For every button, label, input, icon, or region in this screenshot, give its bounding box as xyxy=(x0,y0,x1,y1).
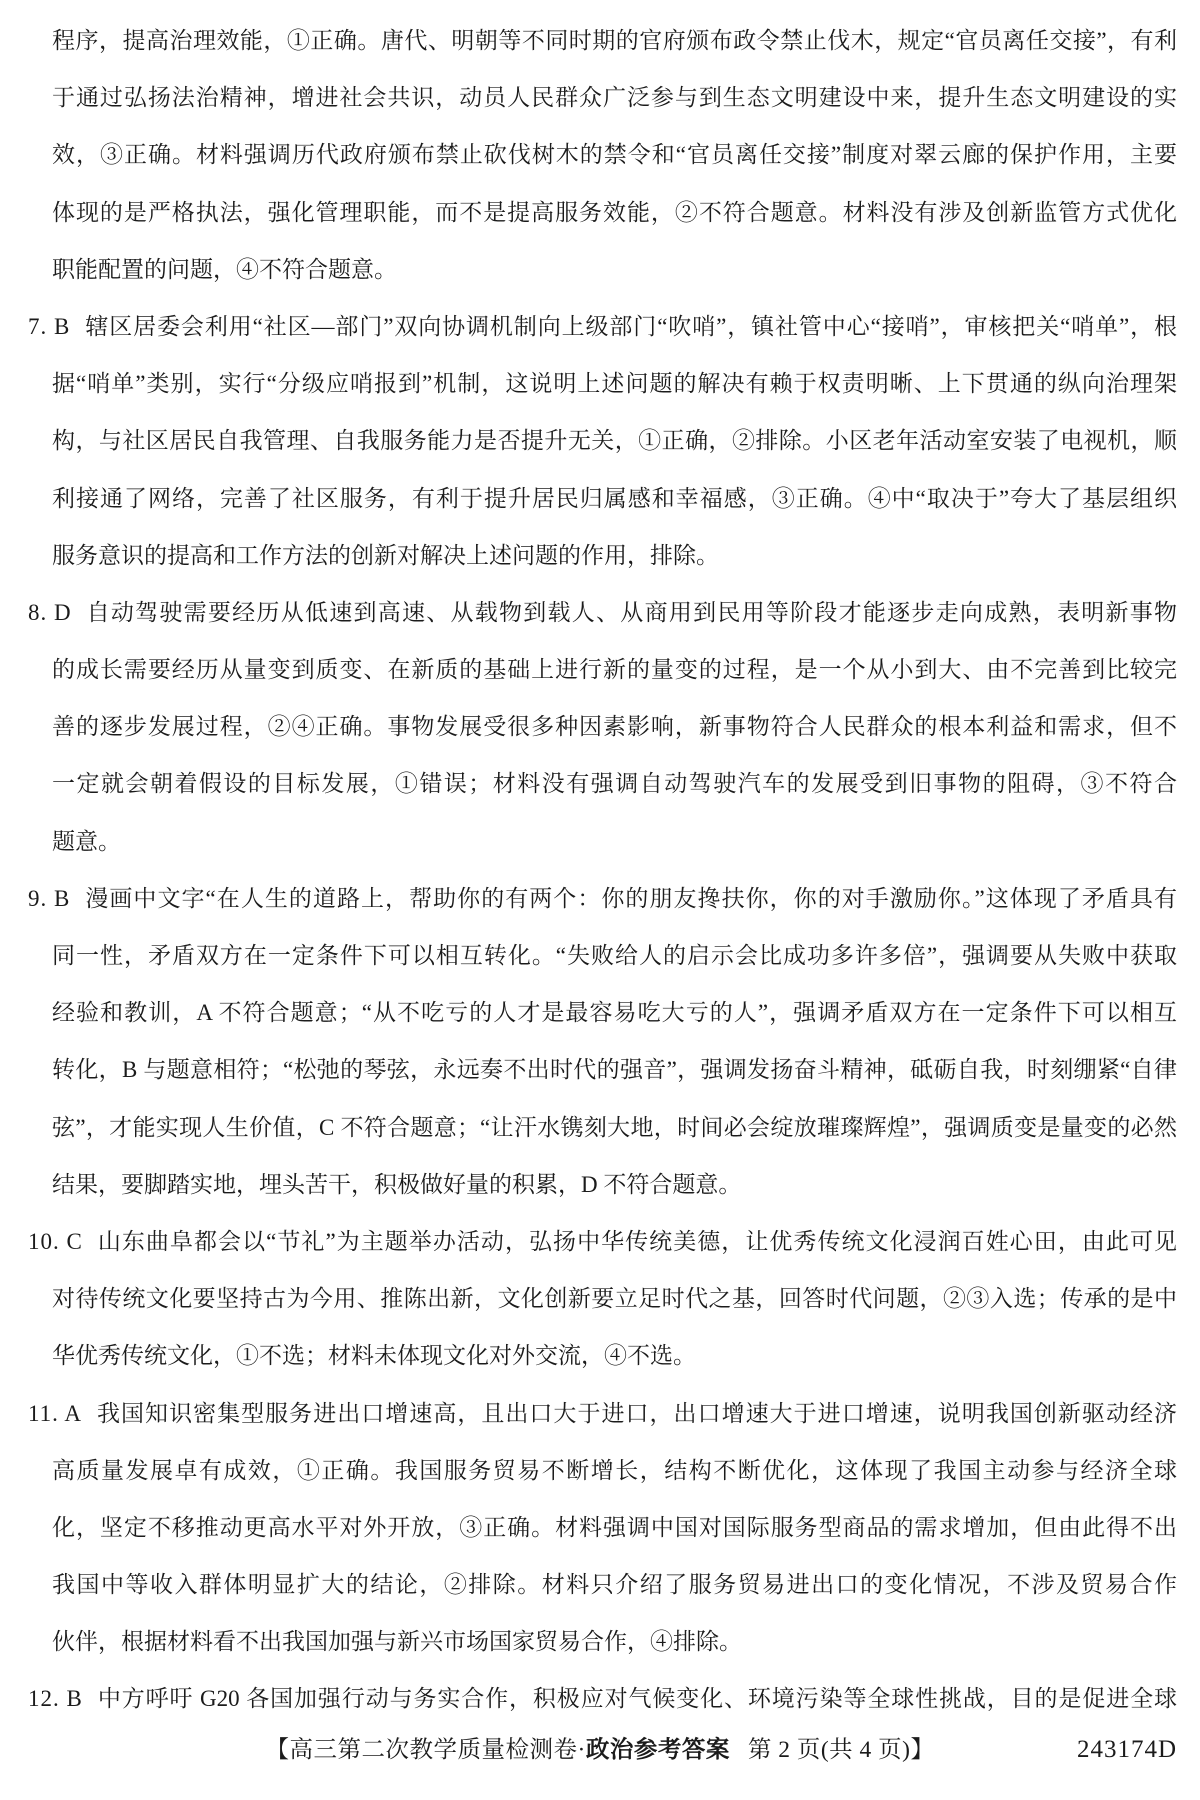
answer-line: 经验和教训，A 不符合题意；“从不吃亏的人才是最容易吃大亏的人”，强调矛盾双方在… xyxy=(52,984,1177,1041)
answer-line: 善的逐步发展过程，②④正确。事物发展受很多种因素影响，新事物符合人民群众的根本利… xyxy=(52,698,1177,755)
answer-text: 中方呼吁 G20 各国加强行动与务实合作，积极应对气候变化、环境污染等全球性挑战… xyxy=(98,1670,1177,1727)
answer-sheet-page: 程序，提高治理效能，①正确。唐代、明朝等不同时期的官府颁布政令禁止伐木，规定“官… xyxy=(0,0,1200,1800)
answer-line: 转化，B 与题意相符；“松弛的琴弦，永远奏不出时代的强音”，强调发扬奋斗精神，砥… xyxy=(52,1041,1177,1098)
answer-text: 我国知识密集型服务进出口增速高，且出口大于进口，出口增速大于进口增速，说明我国创… xyxy=(97,1385,1177,1442)
answer-line: 对待传统文化要坚持古为今用、推陈出新，文化创新要立足时代之基，回答时代问题，②③… xyxy=(52,1270,1177,1327)
answer-line: 于通过弘扬法治精神，增进社会共识，动员人民群众广泛参与到生态文明建设中来，提升生… xyxy=(52,69,1177,126)
answer-line: 8. D自动驾驶需要经历从低速到高速、从载物到载人、从商用到民用等阶段才能逐步走… xyxy=(52,584,1177,641)
answer-line: 化，坚定不移推动更高水平对外开放，③正确。材料强调中国对国际服务型商品的需求增加… xyxy=(52,1499,1177,1556)
answer-text: 程序，提高治理效能，①正确。唐代、明朝等不同时期的官府颁布政令禁止伐木，规定“官… xyxy=(52,12,1177,69)
answer-line: 伙伴，根据材料看不出我国加强与新兴市场国家贸易合作，④排除。 xyxy=(52,1613,1177,1670)
answer-line: 体现的是严格执法，强化管理职能，而不是提高服务效能，②不符合题意。材料没有涉及创… xyxy=(52,184,1177,241)
question-number-label: 11. A xyxy=(28,1385,82,1442)
answer-line: 服务意识的提高和工作方法的创新对解决上述问题的作用，排除。 xyxy=(52,527,1177,584)
answer-text: 职能配置的问题，④不符合题意。 xyxy=(52,241,1177,298)
question-number-label: 9. B xyxy=(28,870,70,927)
answer-text: 于通过弘扬法治精神，增进社会共识，动员人民群众广泛参与到生态文明建设中来，提升生… xyxy=(52,69,1177,126)
answer-text: 弦”，才能实现人生价值，C 不符合题意；“让汗水镌刻大地，时间必会绽放璀璨辉煌”… xyxy=(52,1099,1177,1156)
answer-text: 高质量发展卓有成效，①正确。我国服务贸易不断增长，结构不断优化，这体现了我国主动… xyxy=(52,1442,1177,1499)
question-number-label: 7. B xyxy=(28,298,70,355)
answer-text: 自动驾驶需要经历从低速到高速、从载物到载人、从商用到民用等阶段才能逐步走向成熟，… xyxy=(87,584,1177,641)
answer-line: 12. B中方呼吁 G20 各国加强行动与务实合作，积极应对气候变化、环境污染等… xyxy=(52,1670,1177,1727)
answer-line: 我国中等收入群体明显扩大的结论，②排除。材料只介绍了服务贸易进出口的变化情况，不… xyxy=(52,1556,1177,1613)
answer-line: 7. B辖区居委会利用“社区—部门”双向协调机制向上级部门“吹哨”，镇社管中心“… xyxy=(52,298,1177,355)
answer-text: 辖区居委会利用“社区—部门”双向协调机制向上级部门“吹哨”，镇社管中心“接哨”，… xyxy=(85,298,1177,355)
answer-line: 构，与社区居民自我管理、自我服务能力是否提升无关，①正确，②排除。小区老年活动室… xyxy=(52,412,1177,469)
answer-text: 服务意识的提高和工作方法的创新对解决上述问题的作用，排除。 xyxy=(52,527,1177,584)
footer-subject-title: 政治参考答案 xyxy=(586,1737,730,1763)
answer-line: 弦”，才能实现人生价值，C 不符合题意；“让汗水镌刻大地，时间必会绽放璀璨辉煌”… xyxy=(52,1099,1177,1156)
answer-line: 结果，要脚踏实地，埋头苦干，积极做好量的积累，D 不符合题意。 xyxy=(52,1156,1177,1213)
answer-line: 一定就会朝着假设的目标发展，①错误；材料没有强调自动驾驶汽车的发展受到旧事物的阻… xyxy=(52,755,1177,812)
question-number-label: 12. B xyxy=(28,1670,83,1727)
answer-text: 同一性，矛盾双方在一定条件下可以相互转化。“失败给人的启示会比成功多许多倍”，强… xyxy=(52,927,1177,984)
answer-text: 体现的是严格执法，强化管理职能，而不是提高服务效能，②不符合题意。材料没有涉及创… xyxy=(52,184,1177,241)
answer-text: 效，③正确。材料强调历代政府颁布禁止砍伐树木的禁令和“官员离任交接”制度对翠云廊… xyxy=(52,126,1177,183)
footer-bracket-open: 【 xyxy=(266,1737,290,1763)
footer-page-number: 第 2 页(共 4 页) xyxy=(748,1737,911,1763)
answer-line: 10. C山东曲阜都会以“节礼”为主题举办活动，弘扬中华传统美德，让优秀传统文化… xyxy=(52,1213,1177,1270)
footer-test-code: 243174D xyxy=(1077,1730,1177,1770)
answer-text: 华优秀传统文化，①不选；材料未体现文化对外交流，④不选。 xyxy=(52,1327,1177,1384)
footer-bracket-close: 】 xyxy=(910,1737,934,1763)
answer-line: 题意。 xyxy=(52,813,1177,870)
answer-line: 据“哨单”类别，实行“分级应哨报到”机制，这说明上述问题的解决有赖于权责明晰、上… xyxy=(52,355,1177,412)
answer-line: 职能配置的问题，④不符合题意。 xyxy=(52,241,1177,298)
answer-text: 的成长需要经历从量变到质变、在新质的基础上进行新的量变的过程，是一个从小到大、由… xyxy=(52,641,1177,698)
footer-exam-title: 高三第二次教学质量检测卷· xyxy=(290,1737,586,1763)
answer-text: 伙伴，根据材料看不出我国加强与新兴市场国家贸易合作，④排除。 xyxy=(52,1613,1177,1670)
answer-text: 结果，要脚踏实地，埋头苦干，积极做好量的积累，D 不符合题意。 xyxy=(52,1156,1177,1213)
answer-line: 利接通了网络，完善了社区服务，有利于提升居民归属感和幸福感，③正确。④中“取决于… xyxy=(52,470,1177,527)
answer-line: 程序，提高治理效能，①正确。唐代、明朝等不同时期的官府颁布政令禁止伐木，规定“官… xyxy=(52,12,1177,69)
answer-text: 善的逐步发展过程，②④正确。事物发展受很多种因素影响，新事物符合人民群众的根本利… xyxy=(52,698,1177,755)
question-number-label: 8. D xyxy=(28,584,72,641)
answer-text: 漫画中文字“在人生的道路上，帮助你的有两个：你的朋友搀扶你，你的对手激励你。”这… xyxy=(85,870,1177,927)
page-footer: 【高三第二次教学质量检测卷·政治参考答案第 2 页(共 4 页)】 243174… xyxy=(0,1730,1200,1770)
answer-line: 同一性，矛盾双方在一定条件下可以相互转化。“失败给人的启示会比成功多许多倍”，强… xyxy=(52,927,1177,984)
answer-line: 11. A我国知识密集型服务进出口增速高，且出口大于进口，出口增速大于进口增速，… xyxy=(52,1385,1177,1442)
answer-text: 题意。 xyxy=(52,813,1177,870)
answer-text: 一定就会朝着假设的目标发展，①错误；材料没有强调自动驾驶汽车的发展受到旧事物的阻… xyxy=(52,755,1177,812)
answer-line: 的成长需要经历从量变到质变、在新质的基础上进行新的量变的过程，是一个从小到大、由… xyxy=(52,641,1177,698)
answer-lines: 程序，提高治理效能，①正确。唐代、明朝等不同时期的官府颁布政令禁止伐木，规定“官… xyxy=(52,12,1177,1728)
answer-line: 高质量发展卓有成效，①正确。我国服务贸易不断增长，结构不断优化，这体现了我国主动… xyxy=(52,1442,1177,1499)
footer-caption: 【高三第二次教学质量检测卷·政治参考答案第 2 页(共 4 页)】 xyxy=(0,1730,1200,1770)
answer-text: 利接通了网络，完善了社区服务，有利于提升居民归属感和幸福感，③正确。④中“取决于… xyxy=(52,470,1177,527)
answer-text: 山东曲阜都会以“节礼”为主题举办活动，弘扬中华传统美德，让优秀传统文化浸润百姓心… xyxy=(98,1213,1177,1270)
answer-text: 经验和教训，A 不符合题意；“从不吃亏的人才是最容易吃大亏的人”，强调矛盾双方在… xyxy=(52,984,1177,1041)
answer-text: 转化，B 与题意相符；“松弛的琴弦，永远奏不出时代的强音”，强调发扬奋斗精神，砥… xyxy=(52,1041,1177,1098)
answer-text: 化，坚定不移推动更高水平对外开放，③正确。材料强调中国对国际服务型商品的需求增加… xyxy=(52,1499,1177,1556)
answer-text: 我国中等收入群体明显扩大的结论，②排除。材料只介绍了服务贸易进出口的变化情况，不… xyxy=(52,1556,1177,1613)
answer-text: 据“哨单”类别，实行“分级应哨报到”机制，这说明上述问题的解决有赖于权责明晰、上… xyxy=(52,355,1177,412)
answer-line: 效，③正确。材料强调历代政府颁布禁止砍伐树木的禁令和“官员离任交接”制度对翠云廊… xyxy=(52,126,1177,183)
answer-line: 华优秀传统文化，①不选；材料未体现文化对外交流，④不选。 xyxy=(52,1327,1177,1384)
answer-text: 对待传统文化要坚持古为今用、推陈出新，文化创新要立足时代之基，回答时代问题，②③… xyxy=(52,1270,1177,1327)
question-number-label: 10. C xyxy=(28,1213,83,1270)
answer-text: 构，与社区居民自我管理、自我服务能力是否提升无关，①正确，②排除。小区老年活动室… xyxy=(52,412,1177,469)
answer-line: 9. B漫画中文字“在人生的道路上，帮助你的有两个：你的朋友搀扶你，你的对手激励… xyxy=(52,870,1177,927)
